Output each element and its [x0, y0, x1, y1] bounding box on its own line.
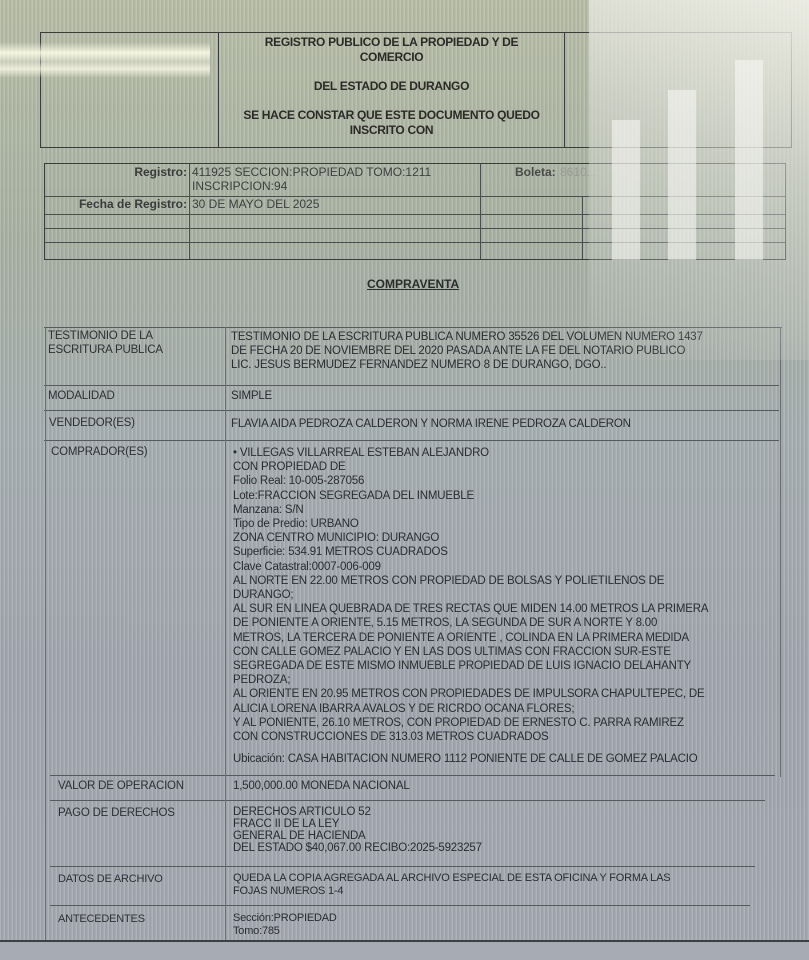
comprador-line: PEDROZA;	[233, 673, 708, 687]
comprador-line: Lote:FRACCION SEGREGADA DEL INMUEBLE	[233, 489, 708, 503]
fecha-registro-value: 30 DE MAYO DEL 2025	[192, 197, 319, 211]
header-line-4: SE HACE CONSTAR QUE ESTE DOCUMENTO QUEDO	[219, 108, 564, 123]
comprador-line: CON CONSTRUCCIONES DE 313.03 METROS CUAD…	[233, 730, 708, 744]
compradores-label: COMPRADOR(ES)	[51, 445, 147, 459]
comprador-line: ALICIA LORENA IBARRA AVALOS Y DE RICRDO …	[233, 702, 708, 716]
comprador-line: SEGREGADA DE ESTE MISMO INMUEBLE PROPIED…	[233, 659, 708, 673]
valor-operacion-label: VALOR DE OPERACION	[58, 779, 184, 793]
header-left-cell	[41, 33, 219, 147]
ubicacion-value: Ubicación: CASA HABITACION NUMERO 1112 P…	[233, 752, 697, 766]
registry-document: REGISTRO PUBLICO DE LA PROPIEDAD Y DE CO…	[0, 0, 809, 960]
pago-derechos-value: DERECHOS ARTICULO 52 FRACC II DE LA LEY …	[233, 806, 482, 854]
header-line-2: COMERCIO	[219, 50, 564, 65]
modalidad-value: SIMPLE	[231, 389, 272, 403]
comprador-line: Clave Catastral:0007-006-009	[233, 560, 708, 574]
comprador-line: AL SUR EN LINEA QUEBRADA DE TRES RECTAS …	[233, 602, 708, 616]
modalidad-label: MODALIDAD	[48, 389, 115, 403]
comprador-line: CON CALLE GOMEZ PALACIO Y EN LAS DOS ULT…	[233, 645, 708, 659]
datos-archivo-label: DATOS DE ARCHIVO	[58, 872, 163, 886]
comprador-line: AL ORIENTE EN 20.95 METROS CON PROPIEDAD…	[233, 687, 708, 701]
monitor-bezel	[0, 940, 809, 960]
comprador-line: Manzana: S/N	[233, 503, 708, 517]
testimonio-label: TESTIMONIO DE LA ESCRITURA PUBLICA	[48, 329, 163, 357]
comprador-line: AL NORTE EN 22.00 METROS CON PROPIEDAD D…	[233, 574, 708, 588]
header-line-5: INSCRITO CON	[219, 123, 564, 138]
testimonio-value: TESTIMONIO DE LA ESCRITURA PUBLICA NUMER…	[231, 330, 703, 372]
header-title: REGISTRO PUBLICO DE LA PROPIEDAD Y DE CO…	[219, 33, 565, 147]
comprador-line: DURANGO;	[233, 588, 708, 602]
comprador-line: Folio Real: 10-005-287056	[233, 474, 708, 488]
comprador-line: Y AL PONIENTE, 26.10 METROS, CON PROPIED…	[233, 716, 708, 730]
fecha-registro-label: Fecha de Registro:	[45, 197, 187, 211]
comprador-line: ZONA CENTRO MUNICIPIO: DURANGO	[233, 531, 708, 545]
section-title: COMPRAVENTA	[367, 277, 459, 291]
antecedentes-label: ANTECEDENTES	[58, 912, 145, 926]
valor-operacion-value: 1,500,000.00 MONEDA NACIONAL	[233, 779, 410, 793]
comprador-line: CON PROPIEDAD DE	[233, 460, 708, 474]
header-line-3: DEL ESTADO DE DURANGO	[219, 79, 564, 94]
comprador-line: DE PONIENTE A ORIENTE, 5.15 METROS, LA S…	[233, 616, 708, 630]
registry-header-box: REGISTRO PUBLICO DE LA PROPIEDAD Y DE CO…	[40, 32, 792, 148]
comprador-line: • VILLEGAS VILLARREAL ESTEBAN ALEJANDRO	[233, 446, 708, 460]
boleta-label: Boleta:	[515, 165, 556, 179]
pago-derechos-label: PAGO DE DERECHOS	[58, 806, 175, 820]
compradores-value: • VILLEGAS VILLARREAL ESTEBAN ALEJANDROC…	[233, 446, 708, 744]
comprador-line: METROS, LA TERCERA DE PONIENTE A ORIENTE…	[233, 631, 708, 645]
comprador-line: Tipo de Predio: URBANO	[233, 517, 708, 531]
vendedores-value: FLAVIA AIDA PEDROZA CALDERON Y NORMA IRE…	[231, 417, 631, 431]
boleta-value: 8610...	[560, 165, 597, 179]
registro-label: Registro:	[45, 165, 187, 179]
datos-archivo-value: QUEDA LA COPIA AGREGADA AL ARCHIVO ESPEC…	[233, 872, 670, 898]
antecedentes-value: Sección:PROPIEDAD Tomo:785	[233, 912, 337, 938]
registration-info-box: Registro: 411925 SECCION:PROPIEDAD TOMO:…	[44, 163, 786, 260]
registro-value: 411925 SECCION:PROPIEDAD TOMO:1211 INSCR…	[192, 165, 431, 193]
vendedores-label: VENDEDOR(ES)	[49, 416, 135, 430]
header-line-1: REGISTRO PUBLICO DE LA PROPIEDAD Y DE	[219, 35, 564, 50]
comprador-line: Superficie: 534.91 METROS CUADRADOS	[233, 545, 708, 559]
